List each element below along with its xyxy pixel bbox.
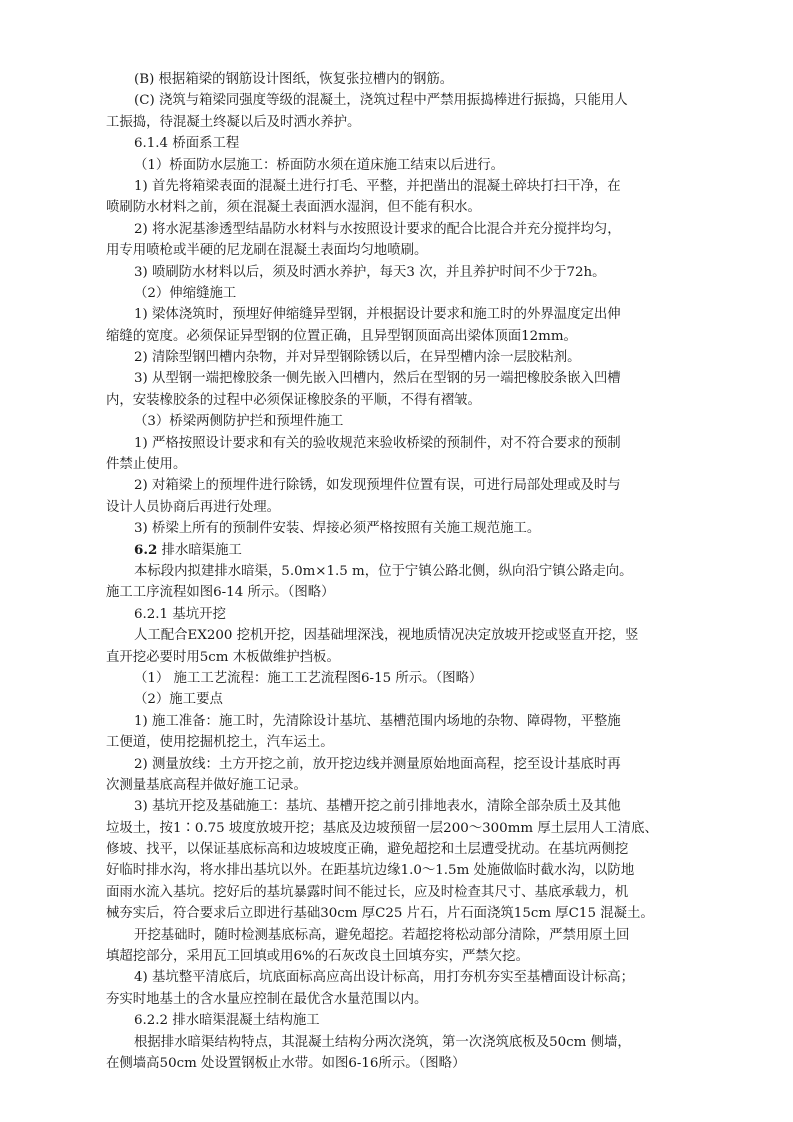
text-line: 1) 首先将箱梁表面的混凝土进行打毛、平整，并把凿出的混凝土碎块打扫干净，在 — [106, 176, 701, 197]
text-line: 填超挖部分，采用瓦工回填或用6%的石灰改良土回填夯实，严禁欠挖。 — [106, 946, 701, 967]
text-line: 3) 基坑开挖及基础施工：基坑、基槽开挖之前引排地表水，清除全部杂质土及其他 — [106, 796, 701, 817]
text-line: 工便道，使用挖掘机挖土，汽车运土。 — [106, 732, 701, 753]
text-line: 2) 测量放线：土方开挖之前，放开挖边线并测量原始地面高程，挖至设计基底时再 — [106, 754, 701, 775]
text-line: （1） 施工工艺流程：施工工艺流程图6-15 所示。（图略） — [106, 668, 701, 689]
text-line: 根据排水暗渠结构特点，其混凝土结构分两次浇筑，第一次浇筑底板及50cm 侧墙， — [106, 1032, 701, 1053]
text-line: 6.1.4 桥面系工程 — [106, 133, 701, 154]
text-line: 1) 梁体浇筑时，预埋好伸缩缝异型钢，并根据设计要求和施工时的外界温度定出伸 — [106, 304, 701, 325]
text-line: 3) 喷刷防水材料以后，须及时洒水养护，每天3 次，并且养护时间不少于72h。 — [106, 262, 701, 283]
text-line: 3) 从型钢一端把橡胶条一侧先嵌入凹槽内，然后在型钢的另一端把橡胶条嵌入凹槽 — [106, 368, 701, 389]
text-line: 人工配合EX200 挖机开挖，因基础埋深浅，视地质情况决定放坡开挖或竖直开挖，竖 — [106, 625, 701, 646]
text-line: 件禁止使用。 — [106, 454, 701, 475]
text-line: 设计人员协商后再进行处理。 — [106, 497, 701, 518]
text-line: 1) 施工准备：施工时，先清除设计基坑、基槽范围内场地的杂物、障碍物，平整施 — [106, 711, 701, 732]
text-line: 缩缝的宽度。必须保证异型钢的位置正确，且异型钢顶面高出梁体顶面12mm。 — [106, 326, 701, 347]
text-line: 2) 对箱梁上的预埋件进行除锈，如发现预埋件位置有误，可进行局部处理或及时与 — [106, 475, 701, 496]
text-line: 开挖基础时，随时检测基底标高，避免超挖。若超挖将松动部分清除，严禁用原土回 — [106, 925, 701, 946]
text-line: 垃圾土，按1∶0.75 坡度放坡开挖；基底及边坡预留一层200～300mm 厚土… — [106, 818, 701, 839]
text-line: 械夯实后，符合要求后立即进行基础30cm 厚C25 片石，片石面浇筑15cm 厚… — [106, 903, 701, 924]
text-line: （3）桥梁两侧防护拦和预埋件施工 — [106, 411, 701, 432]
text-line: 2) 清除型钢凹槽内杂物，并对异型钢除锈以后，在异型槽内涂一层胶粘剂。 — [106, 347, 701, 368]
text-line: 1) 严格按照设计要求和有关的验收规范来验收桥梁的预制件，对不符合要求的预制 — [106, 433, 701, 454]
text-line: 内，安装橡胶条的过程中必须保证橡胶条的平顺，不得有褶皱。 — [106, 390, 701, 411]
text-line: 4) 基坑整平清底后，坑底面标高应高出设计标高，用打夯机夯实至基槽面设计标高； — [106, 967, 701, 988]
text-line: 3) 桥梁上所有的预制件安装、焊接必须严格按照有关施工规范施工。 — [106, 518, 701, 539]
text-line: (B) 根据箱梁的钢筋设计图纸，恢复张拉槽内的钢筋。 — [106, 69, 701, 90]
text-line: 6.2 排水暗渠施工 — [106, 540, 701, 561]
text-line: 用专用喷枪或半硬的尼龙刷在混凝土表面均匀地喷刷。 — [106, 240, 701, 261]
text-line: （2）施工要点 — [106, 689, 701, 710]
text-line: 面雨水流入基坑。挖好后的基坑暴露时间不能过长，应及时检查其尺寸、基底承载力，机 — [106, 882, 701, 903]
text-line: 施工工序流程如图6-14 所示。（图略） — [106, 582, 701, 603]
text-line: 修坡、找平，以保证基底标高和边坡坡度正确，避免超挖和土层遭受扰动。在基坑两侧挖 — [106, 839, 701, 860]
section-number: 6.2 — [134, 542, 157, 558]
text-line: 直开挖必要时用5cm 木板做维护挡板。 — [106, 647, 701, 668]
text-line: 2) 将水泥基渗透型结晶防水材料与水按照设计要求的配合比混合并充分搅拌均匀， — [106, 219, 701, 240]
document-page: (B) 根据箱梁的钢筋设计图纸，恢复张拉槽内的钢筋。(C) 浇筑与箱梁同强度等级… — [106, 69, 701, 1074]
section-title: 排水暗渠施工 — [157, 543, 242, 558]
text-line: 次测量基底高程并做好施工记录。 — [106, 775, 701, 796]
text-line: （2）伸缩缝施工 — [106, 283, 701, 304]
text-line: 夯实时地基土的含水量应控制在最优含水量范围以内。 — [106, 989, 701, 1010]
text-line: 工振捣，待混凝土终凝以后及时洒水养护。 — [106, 112, 701, 133]
text-line: 在侧墙高50cm 处设置钢板止水带。如图6-16所示。（图略） — [106, 1053, 701, 1074]
text-line: 6.2.1 基坑开挖 — [106, 604, 701, 625]
text-line: （1）桥面防水层施工：桥面防水须在道床施工结束以后进行。 — [106, 155, 701, 176]
text-line: 好临时排水沟，将水排出基坑以外。在距基坑边缘1.0～1.5m 处施做临时截水沟，… — [106, 860, 701, 881]
text-line: (C) 浇筑与箱梁同强度等级的混凝土，浇筑过程中严禁用振捣棒进行振捣，只能用人 — [106, 90, 701, 111]
text-line: 本标段内拟建排水暗渠，5.0m×1.5 m，位于宁镇公路北侧，纵向沿宁镇公路走向… — [106, 561, 701, 582]
text-line: 6.2.2 排水暗渠混凝土结构施工 — [106, 1010, 701, 1031]
text-line: 喷刷防水材料之前，须在混凝土表面洒水湿润，但不能有积水。 — [106, 197, 701, 218]
